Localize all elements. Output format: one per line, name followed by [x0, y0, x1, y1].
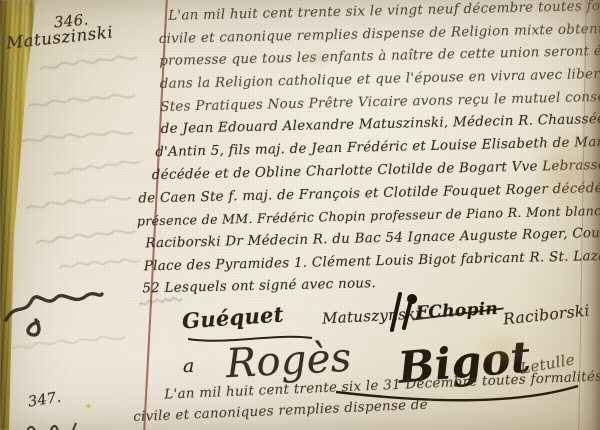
ink-bleedthrough	[52, 156, 145, 181]
next-record-body: L'an mil huit cent trente six le 31 Déce…	[132, 367, 595, 428]
paper-speck	[86, 404, 91, 408]
ink-bleedthrough	[34, 224, 141, 249]
ink-bleedthrough	[26, 89, 141, 113]
ink-bleedthrough	[20, 126, 139, 148]
signature-raciborski: Raciborski	[502, 302, 590, 329]
manuscript-register-photo: 346. Matuszinski 347. L'an mil huit cent…	[0, 0, 600, 430]
signature-officiant: Guéquet	[181, 301, 284, 333]
ink-bleedthrough	[10, 331, 131, 355]
next-record-name-partial-strokes	[20, 418, 90, 430]
signature-chopin: FChopin	[416, 299, 499, 323]
ink-bleedthrough	[24, 191, 137, 215]
ink-bleedthrough	[58, 255, 145, 273]
ink-bleedthrough	[38, 51, 143, 76]
signature-prefix-a: a	[183, 355, 195, 377]
signature-matuszynski: Matuszynski	[322, 304, 421, 327]
next-record-number: 347.	[27, 389, 63, 410]
page-edge-shadow	[580, 0, 600, 430]
corner-shadow	[530, 0, 600, 60]
ink-bleedthrough-signature	[2, 286, 106, 338]
